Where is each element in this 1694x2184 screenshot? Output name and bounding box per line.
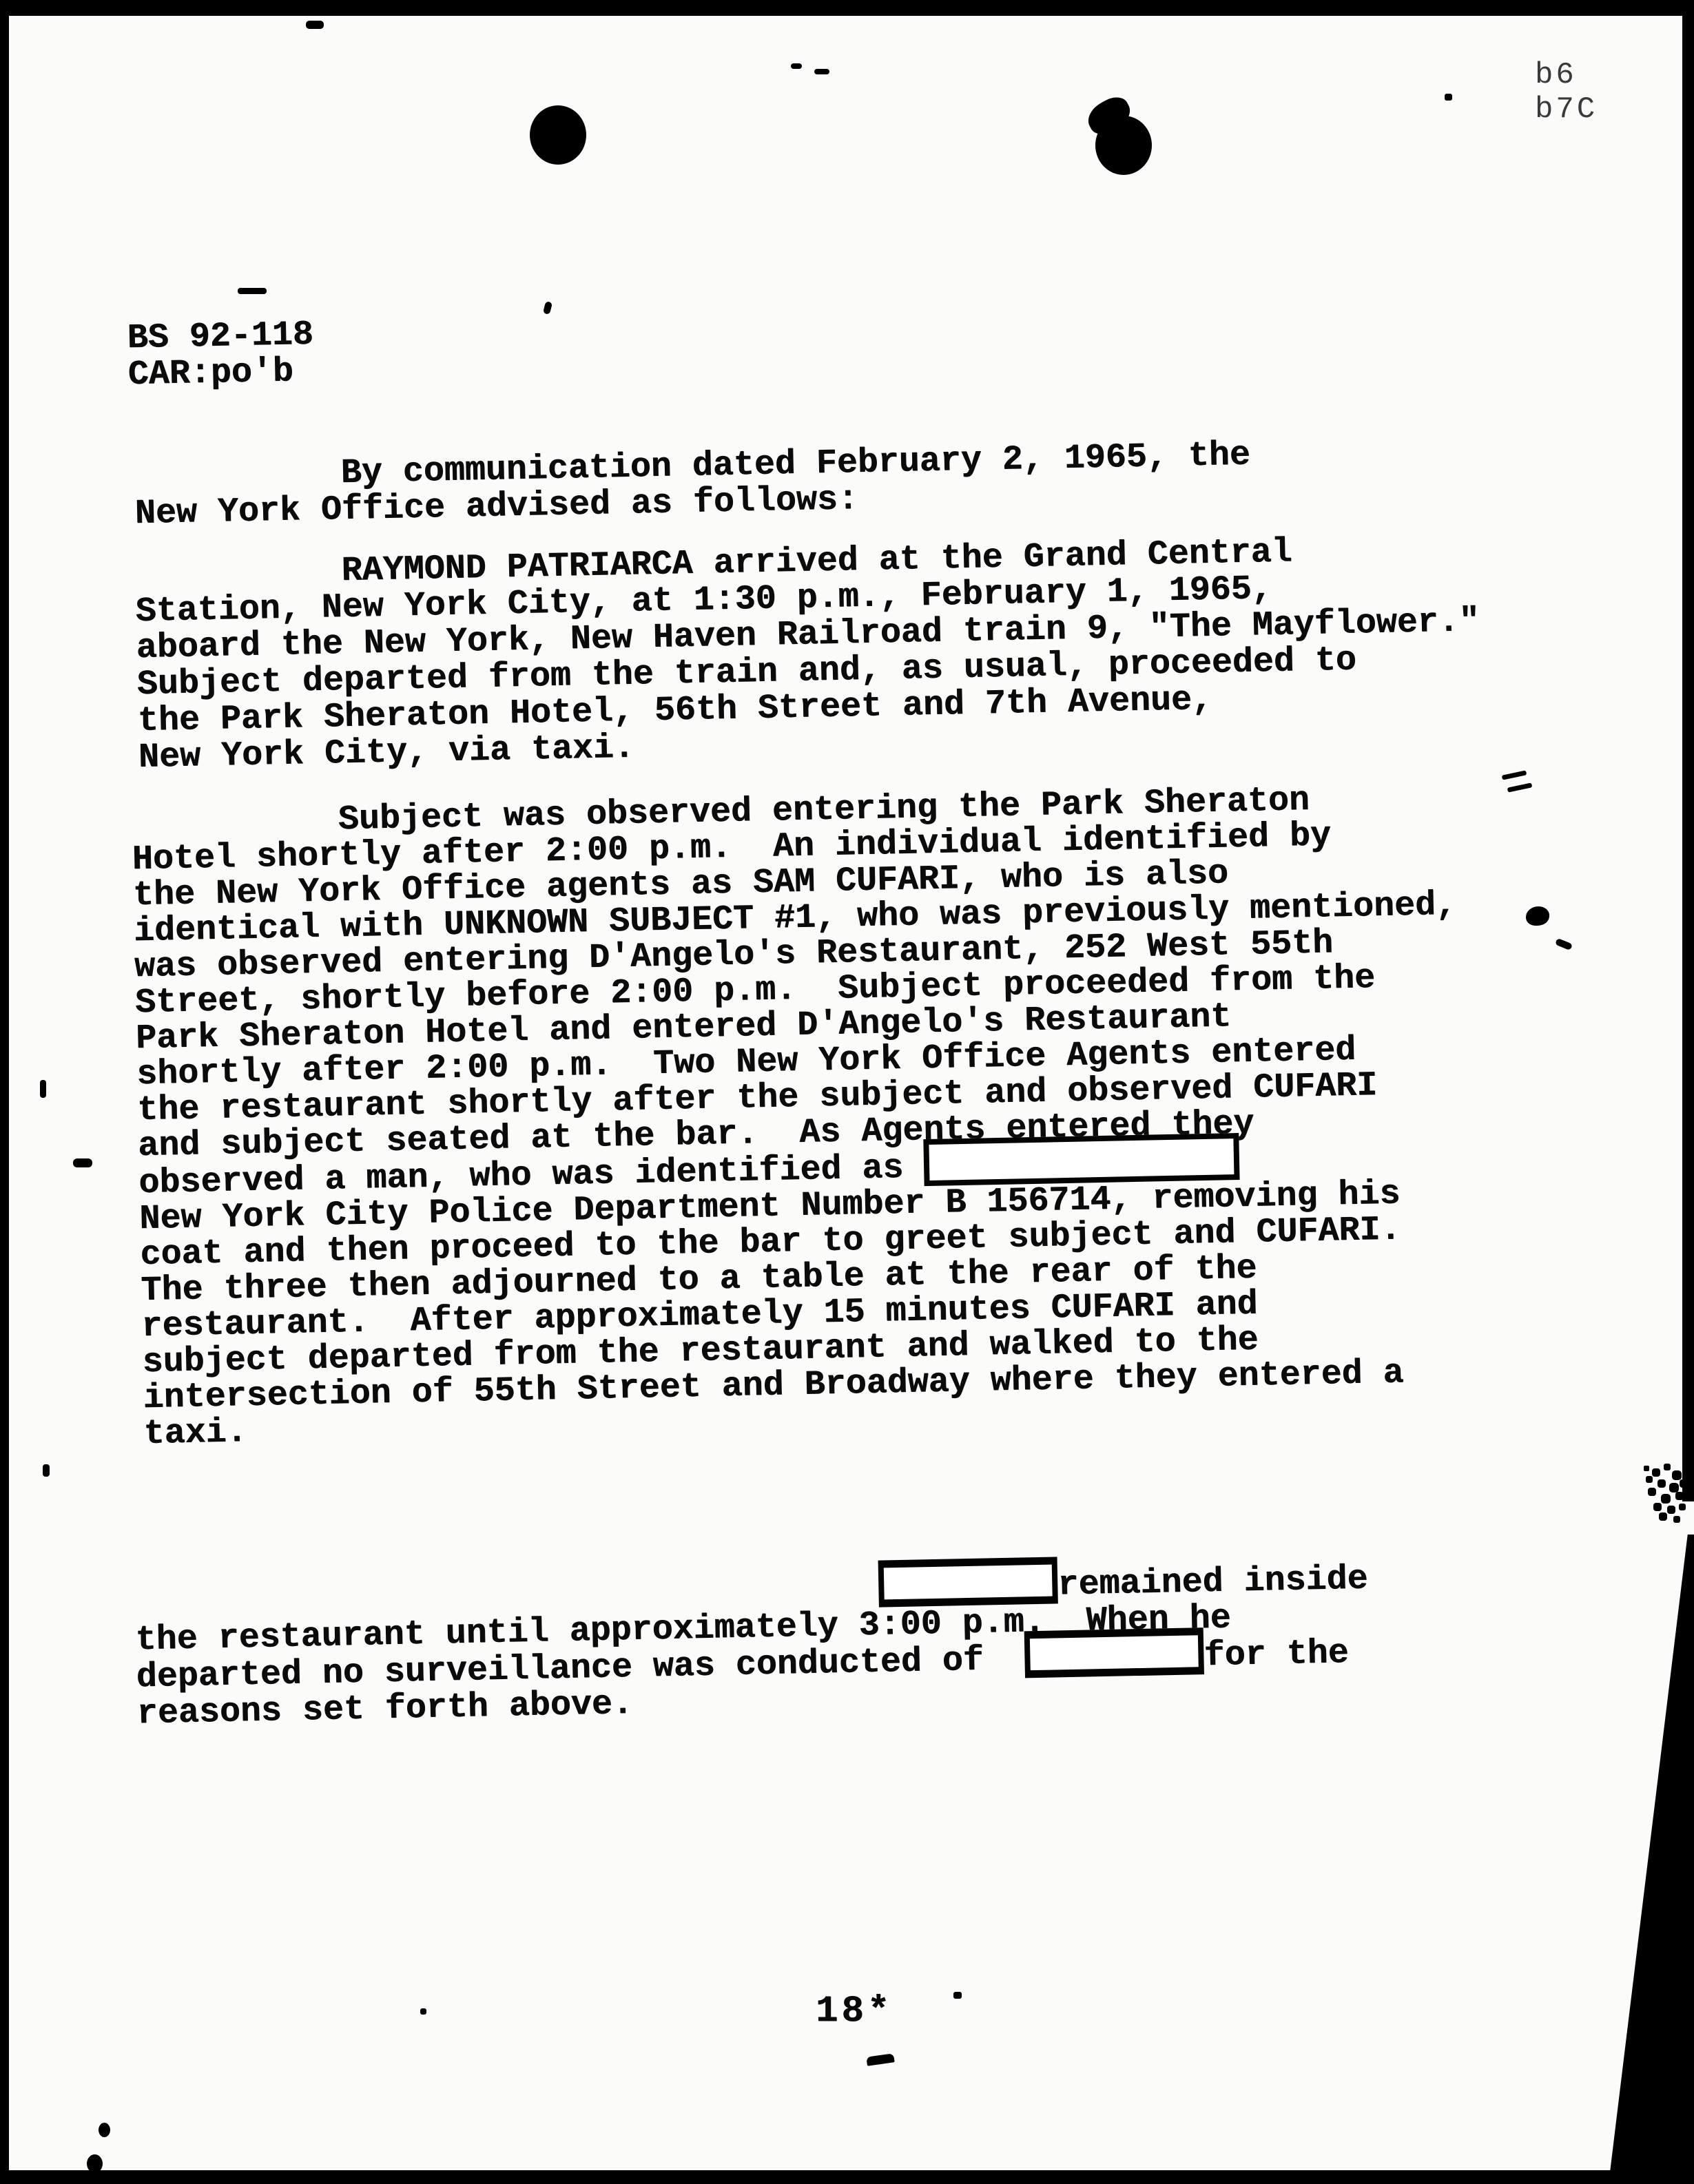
paragraph-surveillance: Subject was observed entering the Park S… bbox=[131, 780, 1467, 1453]
scan-speck bbox=[1526, 906, 1549, 926]
typewritten-text-layer: BS 92-118 CAR:po'b By communication date… bbox=[0, 0, 1694, 2184]
scan-edge-top bbox=[0, 0, 1694, 16]
scan-edge-bottom bbox=[0, 2170, 1694, 2184]
hole-punch-icon bbox=[530, 105, 586, 165]
paragraph-communication-intro: By communication dated February 2, 1965,… bbox=[134, 437, 1251, 532]
scan-speck bbox=[43, 1464, 50, 1477]
scan-edge-left bbox=[0, 0, 9, 2184]
redaction-box bbox=[923, 1133, 1239, 1186]
scan-speck bbox=[99, 2123, 110, 2137]
scan-speck bbox=[47, 2178, 57, 2183]
scanned-document-page: BS 92-118 CAR:po'b By communication date… bbox=[0, 0, 1694, 2184]
page-number: 18* bbox=[816, 1993, 893, 2031]
scan-speck bbox=[1445, 94, 1452, 101]
paragraph-arrival: RAYMOND PATRIARCA arrived at the Grand C… bbox=[134, 530, 1482, 776]
scan-speck bbox=[814, 69, 829, 74]
scan-speck bbox=[238, 288, 267, 294]
file-number-block: BS 92-118 CAR:po'b bbox=[127, 317, 314, 393]
hole-punch-icon bbox=[1095, 116, 1152, 175]
scan-speck bbox=[791, 63, 802, 69]
scan-speck bbox=[420, 2008, 426, 2015]
scan-edge-right bbox=[1682, 0, 1694, 1501]
redaction-box bbox=[1024, 1627, 1204, 1678]
scan-smudge bbox=[1644, 1466, 1649, 1471]
scan-speck bbox=[40, 1080, 46, 1098]
scan-speck bbox=[73, 1158, 92, 1167]
scan-speck bbox=[87, 2154, 103, 2173]
scan-speck bbox=[306, 21, 324, 29]
scan-speck bbox=[953, 1992, 962, 1999]
classification-codes: b6 b7C bbox=[1535, 58, 1598, 127]
paragraph-remained-inside: remained inside the restaurant until app… bbox=[134, 1560, 1370, 1732]
redaction-box bbox=[878, 1557, 1058, 1607]
